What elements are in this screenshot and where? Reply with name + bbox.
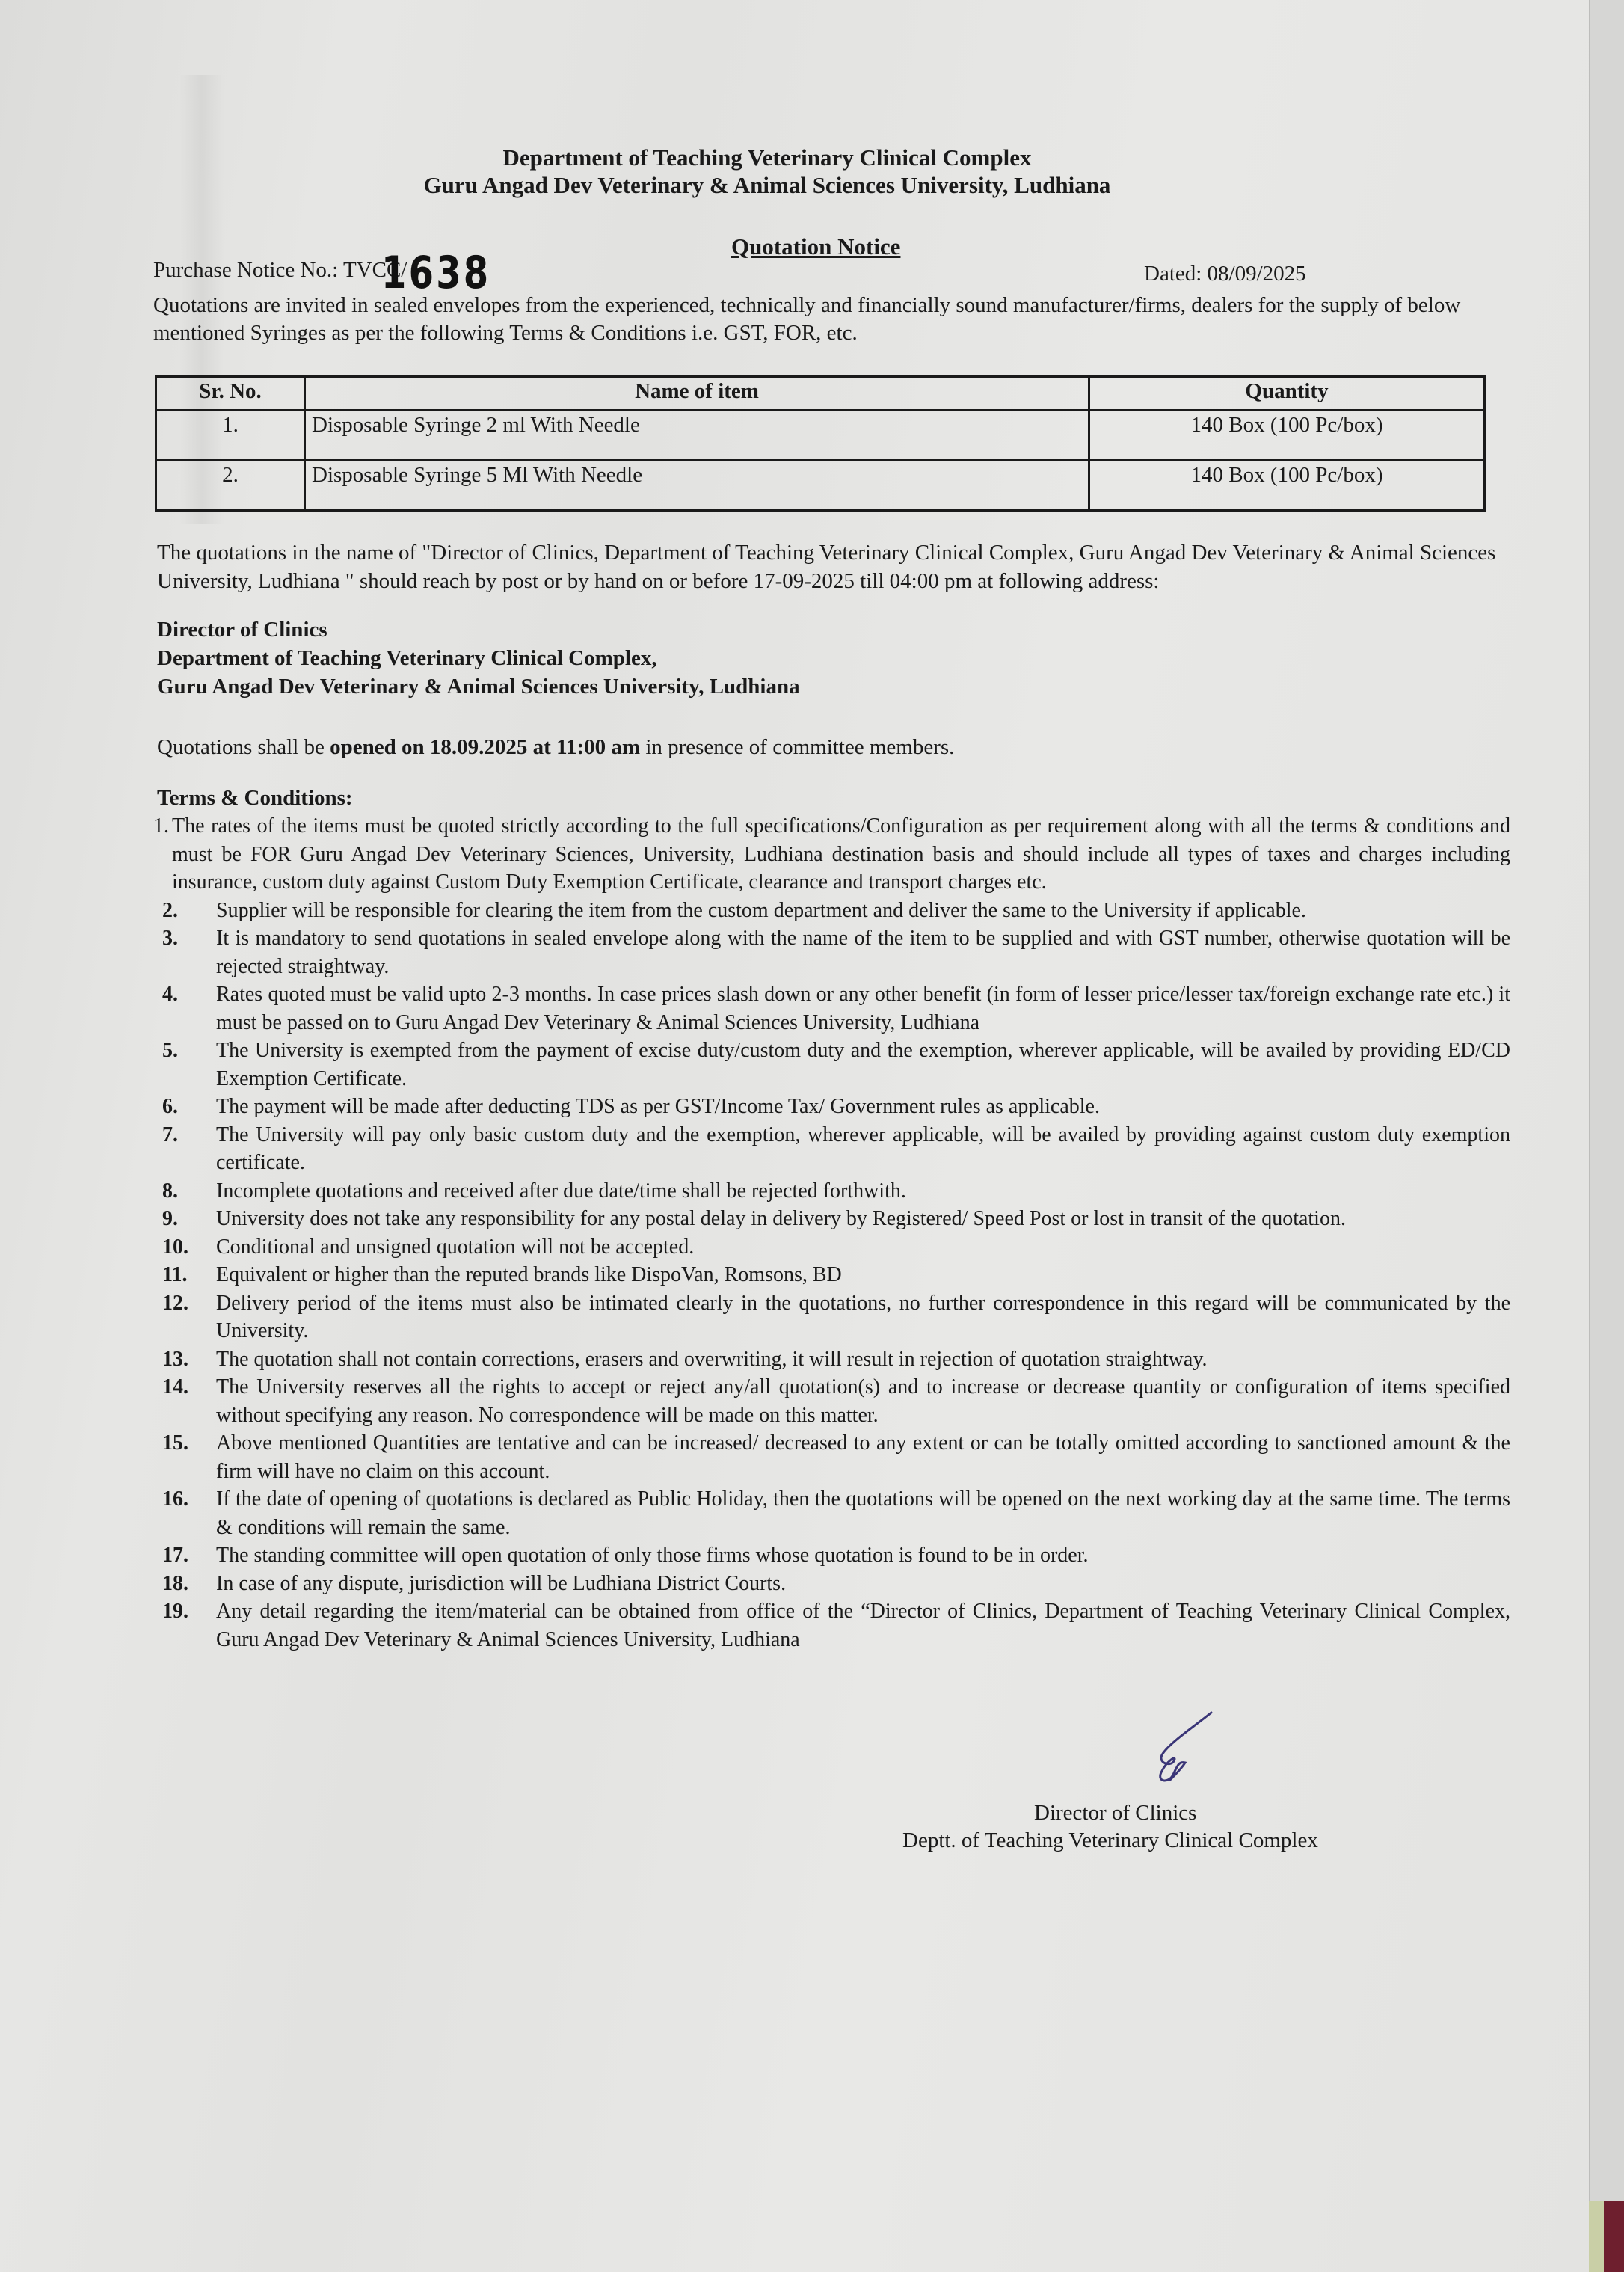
term-item: 19.Any detail regarding the item/materia… [153,1597,1510,1654]
term-item: 7.The University will pay only basic cus… [153,1121,1510,1177]
items-table: Sr. No. Name of item Quantity 1. Disposa… [155,375,1486,512]
opening-date-time: opened on 18.09.2025 at 11:00 am [330,735,640,759]
term-number: 9. [153,1205,216,1233]
signatory-title: Director of Clinics [1034,1801,1196,1826]
term-item: 13.The quotation shall not contain corre… [153,1345,1510,1374]
term-item: 12.Delivery period of the items must als… [153,1289,1510,1345]
term-text: Delivery period of the items must also b… [216,1289,1510,1345]
term-item: 9.University does not take any responsib… [153,1205,1510,1233]
term-text: University does not take any responsibil… [216,1205,1510,1233]
terms-list: 1.The rates of the items must be quoted … [153,812,1510,1654]
term-text: The quotation shall not contain correcti… [216,1345,1510,1374]
header-quantity: Quantity [1089,377,1485,411]
term-number: 11. [153,1261,216,1289]
notice-title: Quotation Notice [731,233,900,260]
header-item-name: Name of item [305,377,1089,411]
term-item: 3.It is mandatory to send quotations in … [153,924,1510,980]
department-heading: Department of Teaching Veterinary Clinic… [0,144,1579,171]
term-text: It is mandatory to send quotations in se… [216,924,1510,980]
term-item: 10.Conditional and unsigned quotation wi… [153,1233,1510,1262]
term-text: The University will pay only basic custo… [216,1121,1510,1177]
notice-intro: Quotations are invited in sealed envelop… [153,292,1507,347]
term-text: Any detail regarding the item/material c… [216,1597,1510,1654]
term-number: 6. [153,1093,216,1121]
opening-prefix: Quotations shall be [157,735,330,759]
term-number: 3. [153,924,216,980]
opening-statement: Quotations shall be opened on 18.09.2025… [157,733,1503,761]
term-text: Supplier will be responsible for clearin… [216,897,1510,925]
term-text: Equivalent or higher than the reputed br… [216,1261,1510,1289]
address-line-1: Director of Clinics [157,615,1503,644]
term-item: 15.Above mentioned Quantities are tentat… [153,1429,1510,1485]
term-item: 1.The rates of the items must be quoted … [153,812,1510,897]
table-row: 1. Disposable Syringe 2 ml With Needle 1… [156,411,1485,461]
signature-icon [1140,1709,1215,1791]
submission-instructions: The quotations in the name of "Director … [157,538,1503,595]
cell-quantity: 140 Box (100 Pc/box) [1089,411,1485,461]
terms-heading: Terms & Conditions: [157,784,1503,812]
background-green-strip [1589,2201,1604,2272]
term-number: 7. [153,1121,216,1177]
term-text: In case of any dispute, jurisdiction wil… [216,1570,1510,1598]
notice-date: Dated: 08/09/2025 [1144,262,1306,286]
address-line-2: Department of Teaching Veterinary Clinic… [157,644,1503,672]
term-number: 17. [153,1541,216,1570]
table-row: 2. Disposable Syringe 5 Ml With Needle 1… [156,461,1485,511]
term-item: 5.The University is exempted from the pa… [153,1037,1510,1093]
cell-quantity: 140 Box (100 Pc/box) [1089,461,1485,511]
term-text: If the date of opening of quotations is … [216,1485,1510,1541]
term-text: The payment will be made after deducting… [216,1093,1510,1121]
term-text: Above mentioned Quantities are tentative… [216,1429,1510,1485]
signatory-department: Deptt. of Teaching Veterinary Clinical C… [902,1829,1318,1853]
term-number: 4. [153,980,216,1037]
term-number: 19. [153,1597,216,1654]
term-text: Rates quoted must be valid upto 2-3 mont… [216,980,1510,1037]
term-item: 14.The University reserves all the right… [153,1373,1510,1429]
term-number: 13. [153,1345,216,1374]
cell-item-name: Disposable Syringe 2 ml With Needle [305,411,1089,461]
term-item: 17.The standing committee will open quot… [153,1541,1510,1570]
background-paper-edge [1589,0,1624,2201]
term-item: 8.Incomplete quotations and received aft… [153,1177,1510,1206]
opening-suffix: in presence of committee members. [640,735,954,759]
university-heading: Guru Angad Dev Veterinary & Animal Scien… [0,172,1579,199]
purchase-notice-label: Purchase Notice No.: TVCC/ [153,258,407,283]
term-text: The standing committee will open quotati… [216,1541,1510,1570]
term-number: 18. [153,1570,216,1598]
term-number: 8. [153,1177,216,1206]
term-item: 6.The payment will be made after deducti… [153,1093,1510,1121]
cell-item-name: Disposable Syringe 5 Ml With Needle [305,461,1089,511]
table-header-row: Sr. No. Name of item Quantity [156,377,1485,411]
cell-sr-no: 2. [156,461,305,511]
term-text: Conditional and unsigned quotation will … [216,1233,1510,1262]
term-item: 11.Equivalent or higher than the reputed… [153,1261,1510,1289]
term-number: 16. [153,1485,216,1541]
term-text: The rates of the items must be quoted st… [172,812,1510,897]
term-number: 14. [153,1373,216,1429]
term-text: The University is exempted from the paym… [216,1037,1510,1093]
term-item: 18.In case of any dispute, jurisdiction … [153,1570,1510,1598]
term-text: Incomplete quotations and received after… [216,1177,1510,1206]
term-number: 1. [153,812,172,897]
term-text: The University reserves all the rights t… [216,1373,1510,1429]
cell-sr-no: 1. [156,411,305,461]
submission-address: Director of Clinics Department of Teachi… [157,615,1503,701]
background-maroon-strip [1604,2201,1624,2272]
term-number: 12. [153,1289,216,1345]
term-item: 2.Supplier will be responsible for clear… [153,897,1510,925]
term-item: 4.Rates quoted must be valid upto 2-3 mo… [153,980,1510,1037]
term-number: 5. [153,1037,216,1093]
header-sr-no: Sr. No. [156,377,305,411]
term-number: 2. [153,897,216,925]
term-item: 16.If the date of opening of quotations … [153,1485,1510,1541]
term-number: 15. [153,1429,216,1485]
term-number: 10. [153,1233,216,1262]
address-line-3: Guru Angad Dev Veterinary & Animal Scien… [157,672,1503,701]
